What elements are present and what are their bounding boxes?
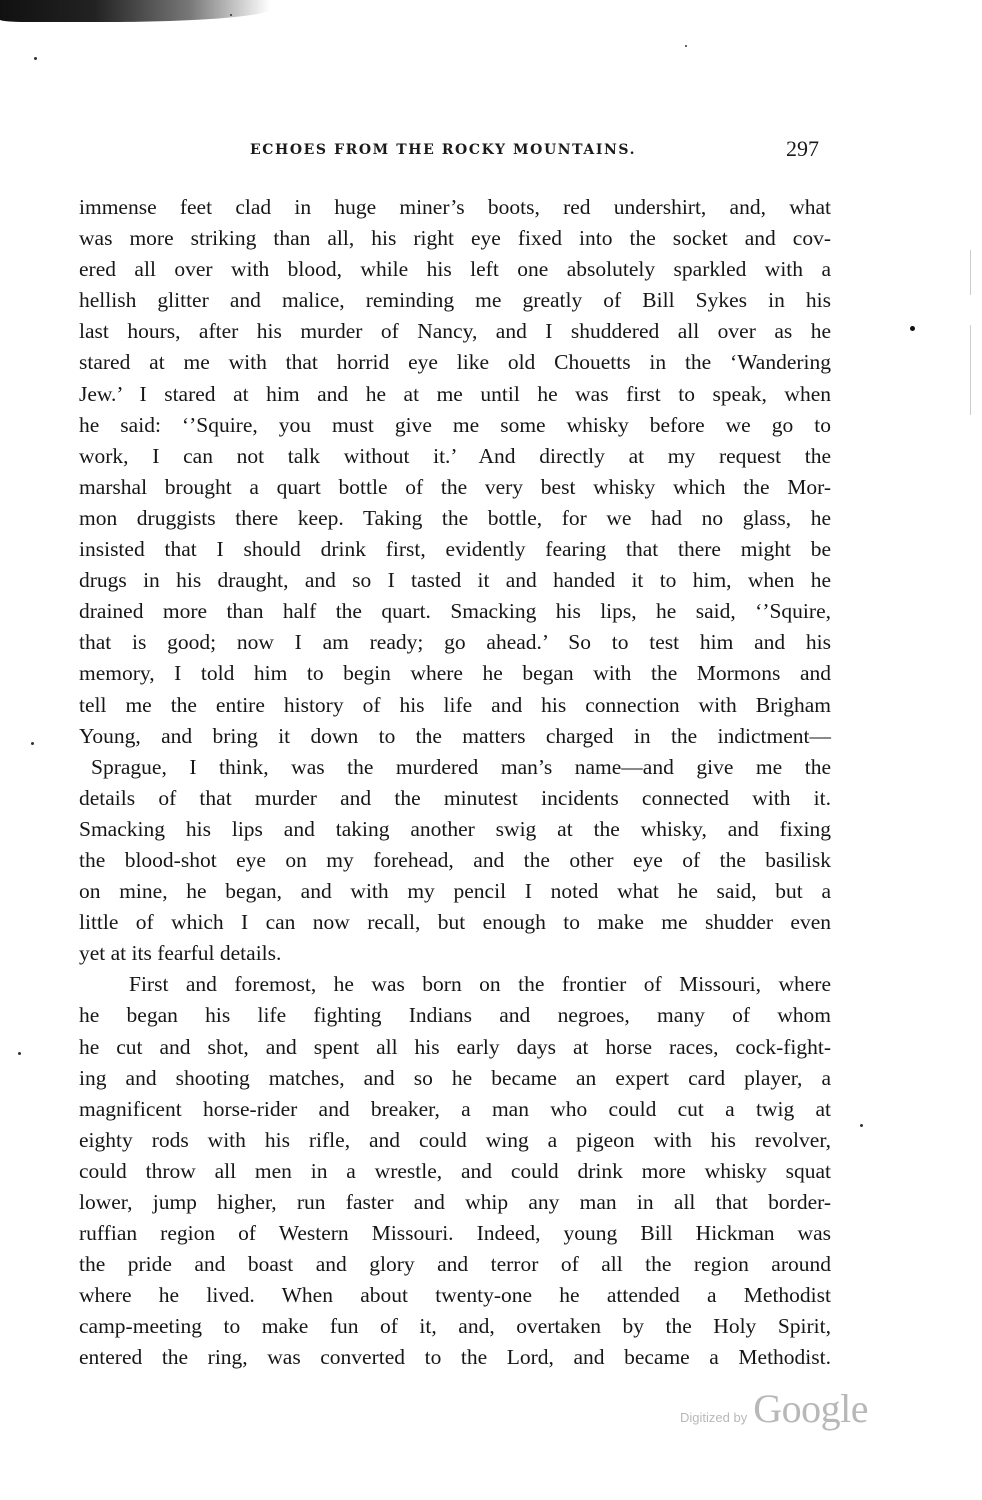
watermark-prefix: Digitized by bbox=[680, 1410, 747, 1425]
text-line: details of that murder and the minutest … bbox=[79, 783, 831, 814]
text-line: on mine, he began, and with my pencil I … bbox=[79, 876, 831, 907]
text-line: marshal brought a quart bottle of the ve… bbox=[79, 472, 831, 503]
digitized-by-google-watermark: Digitized by Google bbox=[680, 1385, 868, 1432]
scanned-book-page: ECHOES FROM THE ROCKY MOUNTAINS. 297 imm… bbox=[0, 0, 982, 1500]
text-line: eighty rods with his rifle, and could wi… bbox=[79, 1125, 831, 1156]
scan-speck bbox=[685, 45, 687, 47]
text-line: entered the ring, was converted to the L… bbox=[79, 1342, 831, 1373]
text-line: ing and shooting matches, and so he beca… bbox=[79, 1063, 831, 1094]
scan-speck bbox=[910, 326, 915, 331]
text-line: lower, jump higher, run faster and whip … bbox=[79, 1187, 831, 1218]
text-line: the pride and boast and glory and terror… bbox=[79, 1249, 831, 1280]
text-line: Smacking his lips and taking another swi… bbox=[79, 814, 831, 845]
text-line: Sprague, I think, was the murdered man’s… bbox=[79, 752, 831, 783]
google-logo-text: Google bbox=[753, 1385, 868, 1432]
text-line: ered all over with blood, while his left… bbox=[79, 254, 831, 285]
margin-line bbox=[970, 325, 971, 415]
text-line: immense feet clad in huge miner’s boots,… bbox=[79, 192, 831, 223]
scan-speck bbox=[18, 1052, 21, 1055]
text-line: drugs in his draught, and so I tasted it… bbox=[79, 565, 831, 596]
paragraph-first-line: First and foremost, he was born on the f… bbox=[79, 969, 831, 1000]
text-line: work, I can not talk without it.’ And di… bbox=[79, 441, 831, 472]
text-line: ruffian region of Western Missouri. Inde… bbox=[79, 1218, 831, 1249]
text-line: he said: ‘’Squire, you must give me some… bbox=[79, 410, 831, 441]
text-line: the blood-shot eye on my forehead, and t… bbox=[79, 845, 831, 876]
running-head: ECHOES FROM THE ROCKY MOUNTAINS. bbox=[250, 142, 830, 158]
text-line: Jew.’ I stared at him and he at me until… bbox=[79, 379, 831, 410]
text-line: he cut and shot, and spent all his early… bbox=[79, 1032, 831, 1063]
scan-speck bbox=[230, 14, 232, 16]
text-line: insisted that I should drink first, evid… bbox=[79, 534, 831, 565]
text-line: yet at its fearful details. bbox=[79, 938, 831, 969]
text-line: little of which I can now recall, but en… bbox=[79, 907, 831, 938]
text-line: could throw all men in a wrestle, and co… bbox=[79, 1156, 831, 1187]
text-line: was more striking than all, his right ey… bbox=[79, 223, 831, 254]
body-text: immense feet clad in huge miner’s boots,… bbox=[79, 192, 831, 1374]
text-line: stared at me with that horrid eye like o… bbox=[79, 347, 831, 378]
text-line: camp-meeting to make fun of it, and, ove… bbox=[79, 1311, 831, 1342]
text-line: drained more than half the quart. Smacki… bbox=[79, 596, 831, 627]
text-line: tell me the entire history of his life a… bbox=[79, 690, 831, 721]
scan-smudge bbox=[0, 0, 270, 22]
page-number: 297 bbox=[786, 136, 819, 162]
text-line: mon druggists there keep. Taking the bot… bbox=[79, 503, 831, 534]
scan-speck bbox=[34, 57, 37, 60]
scan-speck bbox=[860, 1124, 863, 1127]
text-line: that is good; now I am ready; go ahead.’… bbox=[79, 627, 831, 658]
text-line: hellish glitter and malice, reminding me… bbox=[79, 285, 831, 316]
text-line: where he lived. When about twenty-one he… bbox=[79, 1280, 831, 1311]
text-line: last hours, after his murder of Nancy, a… bbox=[79, 316, 831, 347]
text-line: he began his life fighting Indians and n… bbox=[79, 1000, 831, 1031]
text-line: Young, and bring it down to the matters … bbox=[79, 721, 831, 752]
text-line: memory, I told him to begin where he beg… bbox=[79, 658, 831, 689]
scan-speck bbox=[31, 742, 34, 745]
text-line: magnificent horse-rider and breaker, a m… bbox=[79, 1094, 831, 1125]
margin-line bbox=[970, 250, 971, 295]
